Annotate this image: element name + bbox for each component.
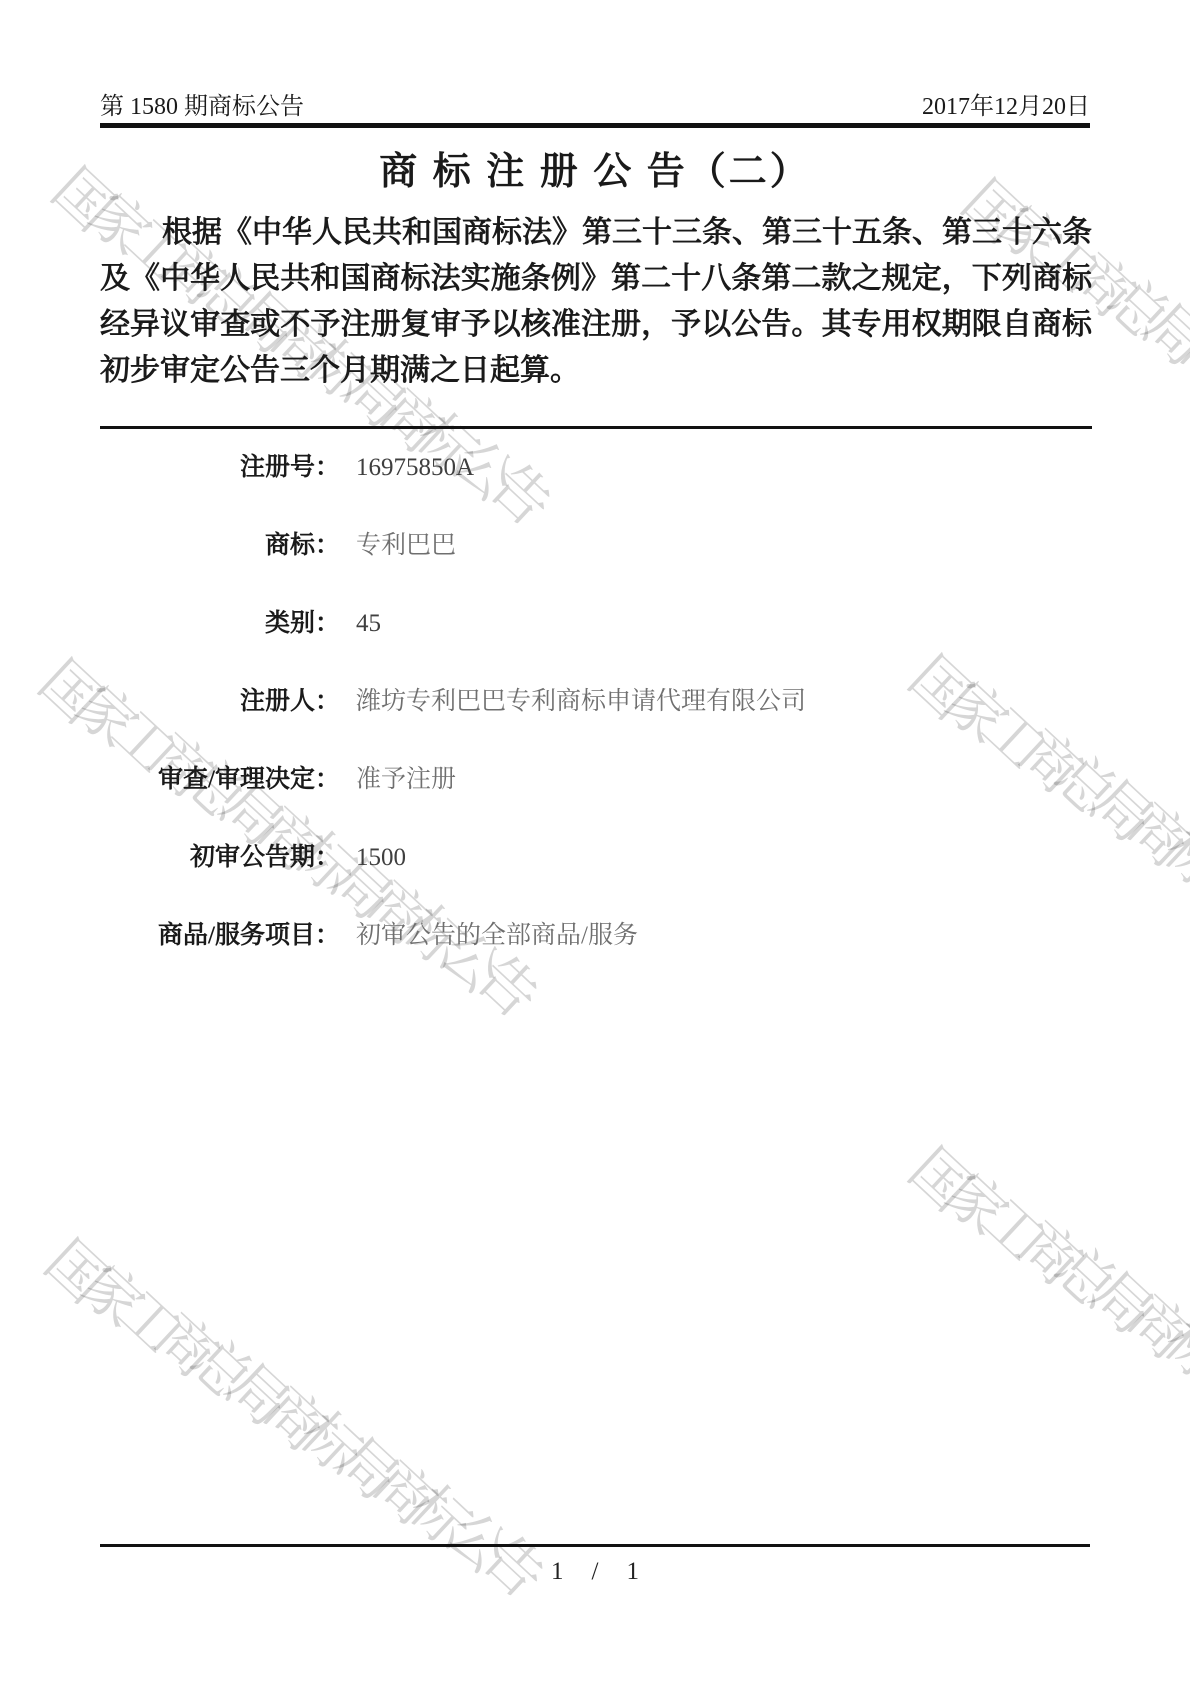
field-row-registrant: 注册人： 潍坊专利巴巴专利商标申请代理有限公司 — [100, 686, 1092, 718]
field-label: 商标： — [100, 530, 340, 562]
page-number-total: 1 — [626, 1558, 639, 1586]
field-row-goods-services: 商品/服务项目： 初审公告的全部商品/服务 — [100, 920, 1092, 952]
field-value: 潍坊专利巴巴专利商标申请代理有限公司 — [356, 686, 806, 718]
field-label: 类别： — [100, 608, 340, 640]
field-label: 审查/审理决定： — [100, 764, 340, 796]
section-divider — [100, 426, 1092, 429]
field-row-trademark: 商标： 专利巴巴 — [100, 530, 1092, 562]
field-value: 16975850A — [356, 452, 474, 484]
footer-rule — [100, 1544, 1090, 1547]
field-value: 1500 — [356, 842, 406, 874]
page-number-separator: / — [592, 1558, 599, 1586]
field-row-preliminary-gazette-issue: 初审公告期： 1500 — [100, 842, 1092, 874]
intro-paragraph: 根据《中华人民共和国商标法》第三十三条、第三十五条、第三十六条及《中华人民共和国… — [100, 210, 1092, 394]
field-value: 45 — [356, 608, 381, 640]
registration-fields: 注册号： 16975850A 商标： 专利巴巴 类别： 45 注册人： 潍坊专利… — [100, 452, 1092, 998]
gazette-page: 国家工商总局商标局商标公告 国家工商总局商标局商标公告 国家工商总局商标局商标公… — [0, 0, 1190, 1684]
field-value: 准予注册 — [356, 764, 456, 796]
page-title: 商 标 注 册 公 告（二） — [0, 140, 1190, 195]
page-header: 第 1580 期商标公告 2017年12月20日 — [100, 86, 1090, 121]
page-number-current: 1 — [551, 1558, 564, 1586]
gazette-date: 2017年12月20日 — [922, 86, 1090, 121]
page-number: 1 / 1 — [0, 1558, 1190, 1586]
field-row-examination-decision: 审查/审理决定： 准予注册 — [100, 764, 1092, 796]
page-content: 第 1580 期商标公告 2017年12月20日 商 标 注 册 公 告（二） … — [0, 0, 1190, 1684]
field-label: 注册人： — [100, 686, 340, 718]
field-value: 初审公告的全部商品/服务 — [356, 920, 638, 952]
field-row-registration-number: 注册号： 16975850A — [100, 452, 1092, 484]
field-label: 注册号： — [100, 452, 340, 484]
field-value: 专利巴巴 — [356, 530, 456, 562]
field-label: 商品/服务项目： — [100, 920, 340, 952]
header-rule — [100, 123, 1090, 128]
field-label: 初审公告期： — [100, 842, 340, 874]
gazette-issue: 第 1580 期商标公告 — [100, 86, 304, 121]
field-row-class: 类别： 45 — [100, 608, 1092, 640]
